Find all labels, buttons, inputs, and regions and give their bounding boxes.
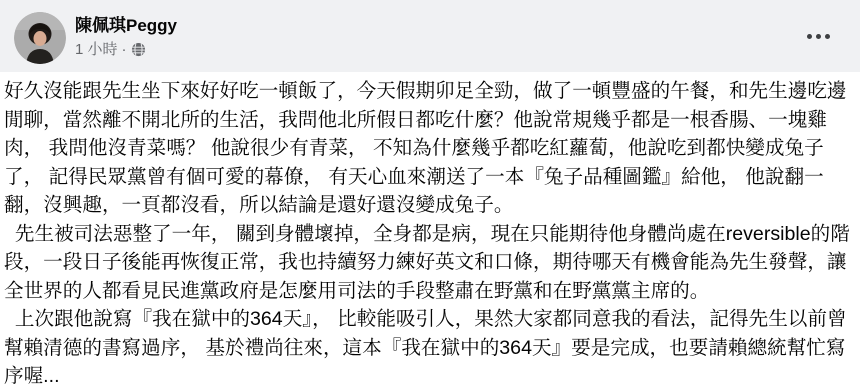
ellipsis-icon	[807, 34, 812, 39]
avatar[interactable]	[14, 12, 66, 64]
post-paragraph: 好久沒能跟先生坐下來好好吃一頓飯了，今天假期卯足全勁，做了一頓豐盛的午餐，和先生…	[4, 77, 856, 220]
separator-dot: ·	[122, 40, 127, 59]
globe-icon	[131, 42, 146, 57]
ellipsis-icon	[816, 34, 821, 39]
post-header: 陳佩琪Peggy 1 小時 ·	[0, 0, 860, 72]
post-meta: 陳佩琪Peggy 1 小時 ·	[75, 12, 177, 59]
facebook-post: 陳佩琪Peggy 1 小時 · 好久沒能跟先生坐下來好好吃	[0, 0, 860, 390]
post-paragraph: 上次跟他說寫『我在獄中的364天』， 比較能吸引人，果然大家都同意我的看法，記得…	[4, 305, 856, 390]
ellipsis-icon	[825, 34, 830, 39]
avatar-image	[14, 12, 66, 64]
post-paragraph: 先生被司法惡整了一年， 關到身體壞掉，全身都是病，現在只能期待他身體尚處在rev…	[4, 220, 856, 306]
post-options-button[interactable]	[801, 28, 836, 45]
timestamp[interactable]: 1 小時	[75, 40, 118, 59]
post-subline: 1 小時 ·	[75, 40, 177, 59]
author-name[interactable]: 陳佩琪Peggy	[75, 14, 177, 38]
post-text: 好久沒能跟先生坐下來好好吃一頓飯了，今天假期卯足全勁，做了一頓豐盛的午餐，和先生…	[0, 72, 860, 390]
